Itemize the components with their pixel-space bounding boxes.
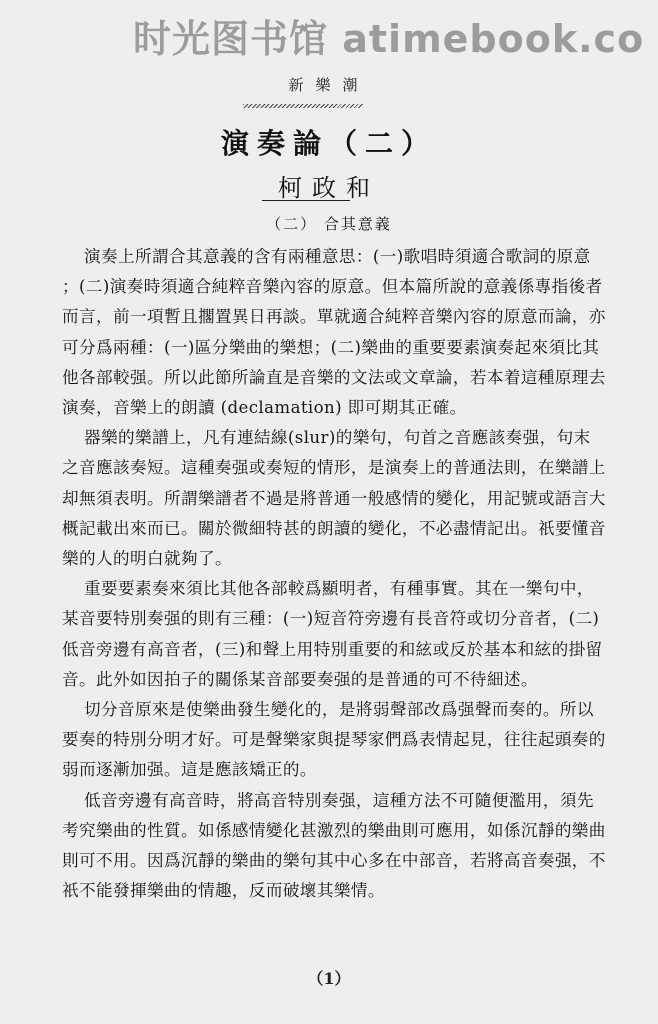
text-line: 樂的人的明白就夠了。 — [62, 544, 610, 574]
text-line: 可分爲兩種：(一)區分樂曲的樂想；(二)樂曲的重要要素演奏起來須比其 — [62, 333, 610, 363]
text-line: 概記載出來而已。關於微細特甚的朗讀的變化，不必盡情記出。祇要懂音 — [62, 514, 610, 544]
text-line: 則可不用。因爲沉靜的樂曲的樂句其中心多在中部音，若將高音奏强，不 — [62, 846, 610, 876]
text-line: 某音要特別奏强的則有三種：(一)短音符旁邊有長音符或切分音者，(二) — [62, 604, 610, 634]
text-line: 低音旁邊有高音者，(三)和聲上用特別重要的和絃或反於基本和絃的掛留 — [62, 635, 610, 665]
text-line: 演奏上所謂合其意義的含有兩種意思：(一)歌唱時須適合歌詞的原意 — [84, 242, 610, 272]
text-line: 要奏的特別分明才好。可是聲樂家與提琴家們爲表情起見，往往起頭奏的 — [62, 725, 610, 755]
paragraph-5: 低音旁邊有高音時，將高音特別奏强，這種方法不可隨便濫用，須先 考究樂曲的性質。如… — [62, 786, 610, 907]
section-heading: （二） 合其意義 — [0, 213, 658, 234]
text-line: 弱而逐漸加强。這是應該矯正的。 — [62, 755, 610, 785]
series-header: 新樂潮 — [0, 74, 658, 95]
paragraph-4: 切分音原來是使樂曲發生變化的，是將弱聲部改爲强聲而奏的。所以 要奏的特別分明才好… — [62, 695, 610, 786]
text-line: 演奏，音樂上的朗讀 (declamation) 即可期其正確。 — [62, 393, 610, 423]
watermark: 时光图书馆 atimebook.co — [133, 8, 644, 63]
author-name: 柯政和 — [0, 168, 658, 203]
page-number: （1） — [0, 966, 658, 989]
text-line: 重要要素奏來須比其他各部較爲顯明者，有種事實。其在一樂句中， — [84, 574, 610, 604]
text-line: 低音旁邊有高音時，將高音特別奏强，這種方法不可隨便濫用，須先 — [84, 786, 610, 816]
wavy-underline-divider — [243, 104, 363, 108]
paragraph-3: 重要要素奏來須比其他各部較爲顯明者，有種事實。其在一樂句中， 某音要特別奏强的則… — [62, 574, 610, 695]
text-line: 考究樂曲的性質。如係感情變化甚激烈的樂曲則可應用，如係沉靜的樂曲 — [62, 816, 610, 846]
article-title: 演奏論（二） — [0, 122, 658, 162]
text-line: 切分音原來是使樂曲發生變化的，是將弱聲部改爲强聲而奏的。所以 — [84, 695, 610, 725]
author-underline — [262, 200, 350, 201]
paragraph-1: 演奏上所謂合其意義的含有兩種意思：(一)歌唱時須適合歌詞的原意 ；(二)演奏時須… — [62, 242, 610, 423]
text-line: 他各部較强。所以此節所論直是音樂的文法或文章論，若本着這種原理去 — [62, 363, 610, 393]
text-line: 器樂的樂譜上，凡有連結線(slur)的樂句，句首之音應該奏强，句末 — [84, 423, 610, 453]
text-line: 之音應該奏短。這種奏强或奏短的情形，是演奏上的普通法則，在樂譜上 — [62, 453, 610, 483]
text-line: ；(二)演奏時須適合純粹音樂內容的原意。但本篇所說的意義係專指後者 — [62, 272, 610, 302]
text-line: 音。此外如因拍子的關係某音部要奏强的是普通的可不待細述。 — [62, 665, 610, 695]
paragraph-2: 器樂的樂譜上，凡有連結線(slur)的樂句，句首之音應該奏强，句末 之音應該奏短… — [62, 423, 610, 574]
article-body: 演奏上所謂合其意義的含有兩種意思：(一)歌唱時須適合歌詞的原意 ；(二)演奏時須… — [62, 242, 610, 906]
text-line: 而言，前一項暫且擱置異日再談。單就適合純粹音樂內容的原意而論，亦 — [62, 302, 610, 332]
text-line: 却無須表明。所謂樂譜者不過是將普通一般感情的變化，用記號或語言大 — [62, 484, 610, 514]
text-line: 祇不能發揮樂曲的情趣，反而破壞其樂情。 — [62, 876, 610, 906]
